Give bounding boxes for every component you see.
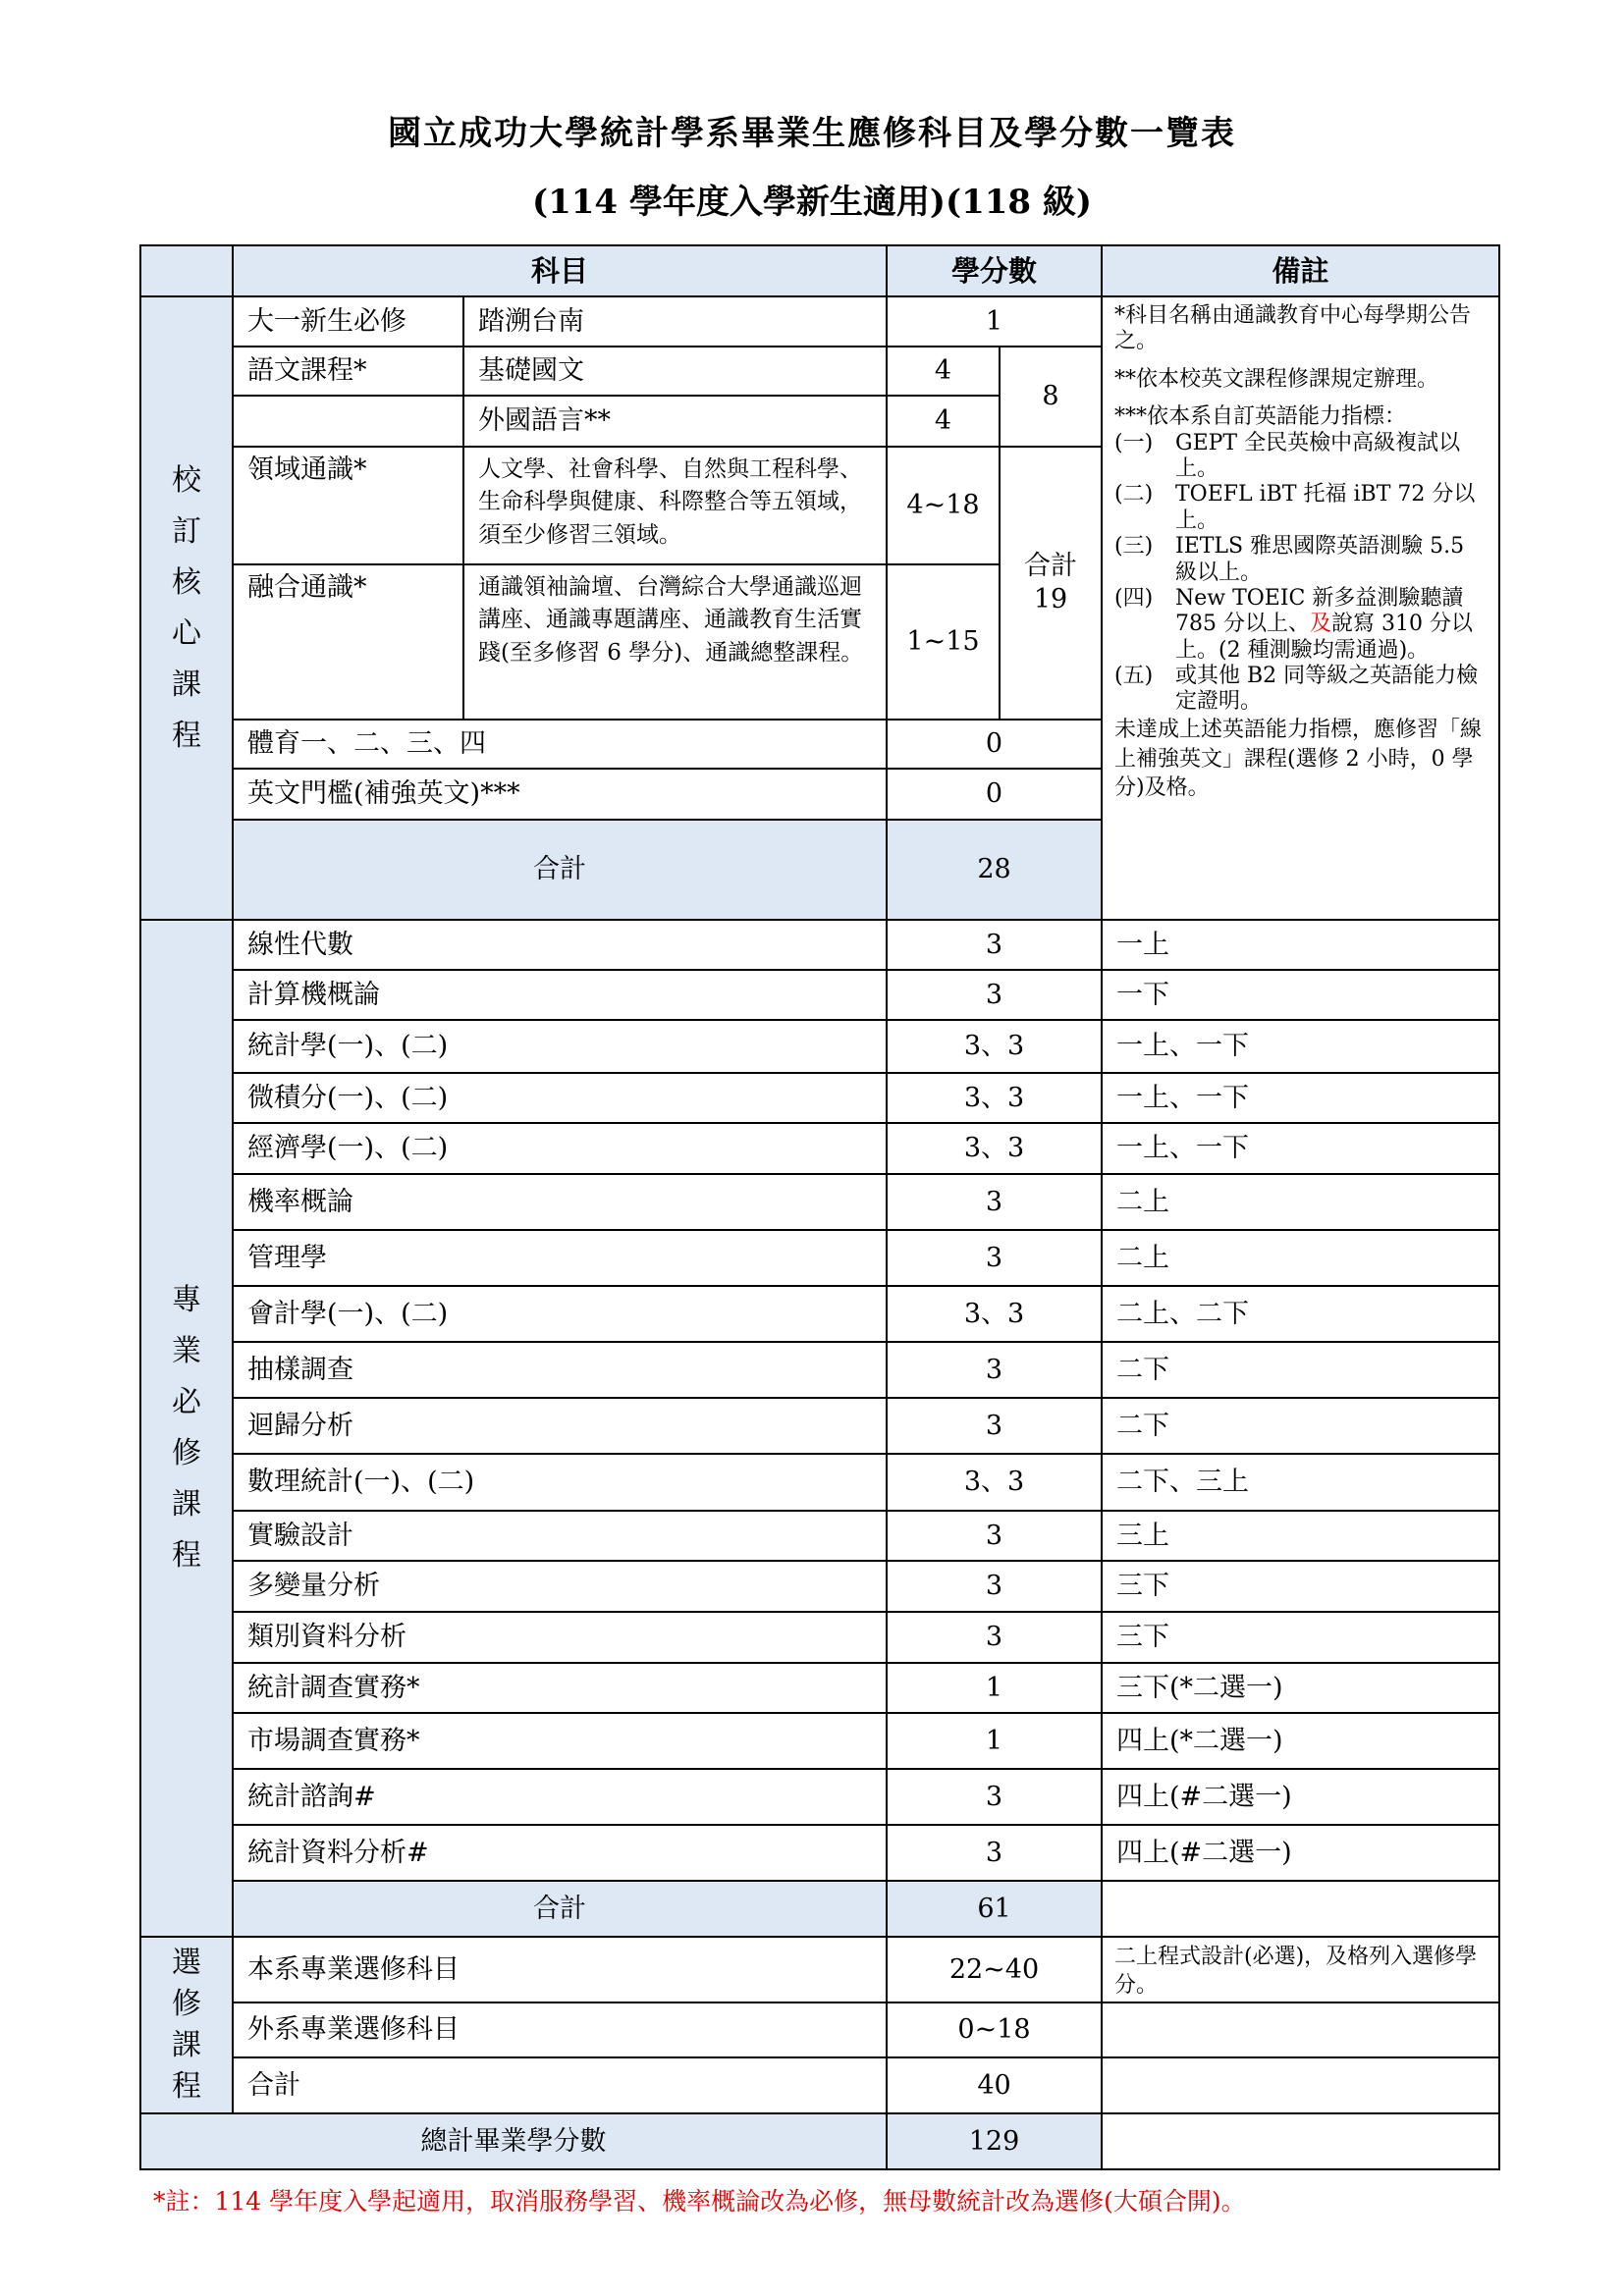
category-char: 修 [172, 1428, 201, 1479]
required-credits: 1 [886, 1662, 1103, 1714]
required-subject: 統計諮詢# [232, 1768, 888, 1826]
core-credits: 1~15 [886, 563, 1001, 721]
category-char: 校 [172, 455, 201, 507]
required-note: 二上 [1101, 1229, 1500, 1287]
core-subject: 通識領袖論壇、台灣綜合大學通識巡迴講座、通識專題講座、通識教育生活實踐(至多修習… [462, 563, 888, 721]
footnote: *註：114 學年度入學起適用，取消服務學習、機率概論改為必修，無母數統計改為選… [153, 2182, 1246, 2217]
required-subject: 經濟學(一)、(二) [232, 1122, 888, 1175]
note-3-outro: 未達成上述英語能力指標，應修習「線上補強英文」課程(選修 2 小時，0 學分)及… [1114, 716, 1489, 803]
core-credits: 4~18 [886, 446, 1001, 565]
language-subtotal: 8 [999, 346, 1103, 448]
elective-subject: 合計 [232, 2056, 888, 2114]
core-group: 領域通識* [232, 446, 464, 565]
required-subject: 類別資料分析 [232, 1611, 888, 1664]
note-3-item: (五)或其他 B2 同等級之英語能力檢定證明。 [1114, 664, 1489, 716]
required-note: 二下 [1101, 1341, 1500, 1399]
core-group [232, 395, 464, 448]
core-subject: 踏溯台南 [462, 295, 888, 347]
core-credits: 1 [886, 295, 1103, 347]
note-3-intro: ***依本系自訂英語能力指標： [1114, 404, 1406, 430]
category-char: 課 [172, 660, 201, 711]
required-credits: 3、3 [886, 1453, 1103, 1512]
required-subject: 統計調查實務* [232, 1662, 888, 1714]
elective-subject: 本系專業選修科目 [232, 1936, 888, 2003]
core-group: 融合通識* [232, 563, 464, 721]
required-note: 一上、一下 [1101, 1019, 1500, 1074]
core-credits: 0 [886, 719, 1103, 770]
elective-credits: 40 [886, 2056, 1103, 2114]
category-char: 必 [172, 1377, 201, 1428]
grand-total-note [1101, 2112, 1500, 2170]
core-credits: 4 [886, 395, 1001, 448]
required-subject: 機率概論 [232, 1173, 888, 1231]
grand-total-label: 總計畢業學分數 [139, 2112, 888, 2170]
required-subject: 實驗設計 [232, 1510, 888, 1562]
note-3-item: (二)TOEFL iBT 托福 iBT 72 分以上。 [1114, 482, 1489, 534]
required-note: 一下 [1101, 969, 1500, 1021]
required-subject: 管理學 [232, 1229, 888, 1287]
category-elective: 選 修 課 程 [139, 1936, 234, 2114]
category-required: 專 業 必 修 課 程 [139, 919, 234, 1938]
note-1: *科目名稱由通識教育中心每學期公告之。 [1114, 303, 1489, 355]
core-subject: 體育一、二、三、四 [232, 719, 888, 770]
required-note: 二下、三上 [1101, 1453, 1500, 1512]
elective-credits: 0~18 [886, 2002, 1103, 2058]
required-note: 四上(#二選一) [1101, 1824, 1500, 1882]
required-credits: 3 [886, 1173, 1103, 1231]
required-credits: 3 [886, 1397, 1103, 1455]
category-char: 課 [172, 1479, 201, 1530]
header-credits: 學分數 [886, 244, 1103, 297]
core-subject: 外國語言** [462, 395, 888, 448]
category-char: 程 [172, 2066, 201, 2108]
core-subject: 英文門檻(補強英文)*** [232, 768, 888, 821]
required-total-note [1101, 1880, 1500, 1938]
page-subtitle: (114 學年度入學新生適用)(118 級) [0, 175, 1624, 223]
elective-subject: 外系專業選修科目 [232, 2002, 888, 2058]
required-subject: 統計資料分析# [232, 1824, 888, 1882]
required-note: 一上 [1101, 919, 1500, 971]
required-credits: 3 [886, 1611, 1103, 1664]
required-subject: 迴歸分析 [232, 1397, 888, 1455]
required-subject: 線性代數 [232, 919, 888, 971]
required-note: 一上、一下 [1101, 1122, 1500, 1175]
required-note: 四上(*二選一) [1101, 1712, 1500, 1770]
required-subject: 數理統計(一)、(二) [232, 1453, 888, 1512]
header-subject: 科目 [232, 244, 888, 297]
required-subject: 多變量分析 [232, 1560, 888, 1613]
core-group: 大一新生必修 [232, 295, 464, 347]
required-subject: 微積分(一)、(二) [232, 1072, 888, 1124]
core-credits: 4 [886, 346, 1001, 397]
elective-note [1101, 2056, 1500, 2114]
required-total-label: 合計 [232, 1880, 888, 1938]
required-note: 三上 [1101, 1510, 1500, 1562]
required-note: 二上、二下 [1101, 1285, 1500, 1343]
category-char: 程 [172, 1530, 201, 1581]
required-note: 四上(#二選一) [1101, 1768, 1500, 1826]
required-note: 二下 [1101, 1397, 1500, 1455]
required-credits: 3 [886, 919, 1103, 971]
gened-subtotal-value: 19 [1034, 583, 1067, 616]
required-credits: 3、3 [886, 1072, 1103, 1124]
required-credits: 3 [886, 969, 1103, 1021]
required-credits: 3 [886, 1341, 1103, 1399]
required-note: 二上 [1101, 1173, 1500, 1231]
required-subject: 市場調查實務* [232, 1712, 888, 1770]
core-subject: 基礎國文 [462, 346, 888, 397]
gened-subtotal: 合計 19 [999, 446, 1103, 721]
required-subject: 抽樣調查 [232, 1341, 888, 1399]
note-2: **依本校英文課程修課規定辦理。 [1114, 367, 1438, 393]
core-subject: 人文學、社會科學、自然與工程科學、生命科學與健康、科際整合等五領域，須至少修習三… [462, 446, 888, 565]
core-credits: 0 [886, 768, 1103, 821]
category-char: 核 [172, 558, 201, 609]
gened-subtotal-label: 合計 [1024, 550, 1077, 583]
required-total: 61 [886, 1880, 1103, 1938]
required-note: 三下 [1101, 1560, 1500, 1613]
required-subject: 會計學(一)、(二) [232, 1285, 888, 1343]
required-credits: 1 [886, 1712, 1103, 1770]
page-title: 國立成功大學統計學系畢業生應修科目及學分數一覽表 [0, 106, 1624, 154]
core-notes: *科目名稱由通識教育中心每學期公告之。 **依本校英文課程修課規定辦理。 ***… [1101, 295, 1500, 921]
elective-note: 二上程式設計(必選)，及格列入選修學分。 [1101, 1936, 1500, 2003]
grand-total-credits: 129 [886, 2112, 1103, 2170]
required-credits: 3 [886, 1824, 1103, 1882]
category-char: 業 [172, 1326, 201, 1377]
header-category [139, 244, 234, 297]
note-3-item: (一)GEPT 全民英檢中高級複試以上。 [1114, 431, 1489, 483]
required-credits: 3、3 [886, 1122, 1103, 1175]
elective-note [1101, 2002, 1500, 2058]
core-total-label: 合計 [232, 819, 888, 921]
required-subject: 計算機概論 [232, 969, 888, 1021]
header-notes: 備註 [1101, 244, 1500, 297]
category-char: 心 [172, 609, 201, 660]
core-group: 語文課程* [232, 346, 464, 397]
note-3-item: (三)IETLS 雅思國際英語測驗 5.5 級以上。 [1114, 534, 1489, 586]
required-note: 三下 [1101, 1611, 1500, 1664]
category-char: 訂 [172, 507, 201, 558]
required-credits: 3、3 [886, 1019, 1103, 1074]
required-credits: 3 [886, 1510, 1103, 1562]
category-char: 修 [172, 1984, 201, 2025]
category-char: 專 [172, 1275, 201, 1326]
core-total: 28 [886, 819, 1103, 921]
required-credits: 3 [886, 1768, 1103, 1826]
note-3-item: (四)New TOEIC 新多益測驗聽讀 785 分以上、及說寫 310 分以上… [1114, 586, 1489, 664]
elective-credits: 22~40 [886, 1936, 1103, 2003]
required-credits: 3 [886, 1560, 1103, 1613]
category-char: 課 [172, 2025, 201, 2066]
required-note: 一上、一下 [1101, 1072, 1500, 1124]
category-core: 校 訂 核 心 課 程 [139, 295, 234, 921]
required-note: 三下(*二選一) [1101, 1662, 1500, 1714]
required-credits: 3、3 [886, 1285, 1103, 1343]
category-char: 選 [172, 1943, 201, 1984]
required-credits: 3 [886, 1229, 1103, 1287]
category-char: 程 [172, 711, 201, 762]
required-subject: 統計學(一)、(二) [232, 1019, 888, 1074]
